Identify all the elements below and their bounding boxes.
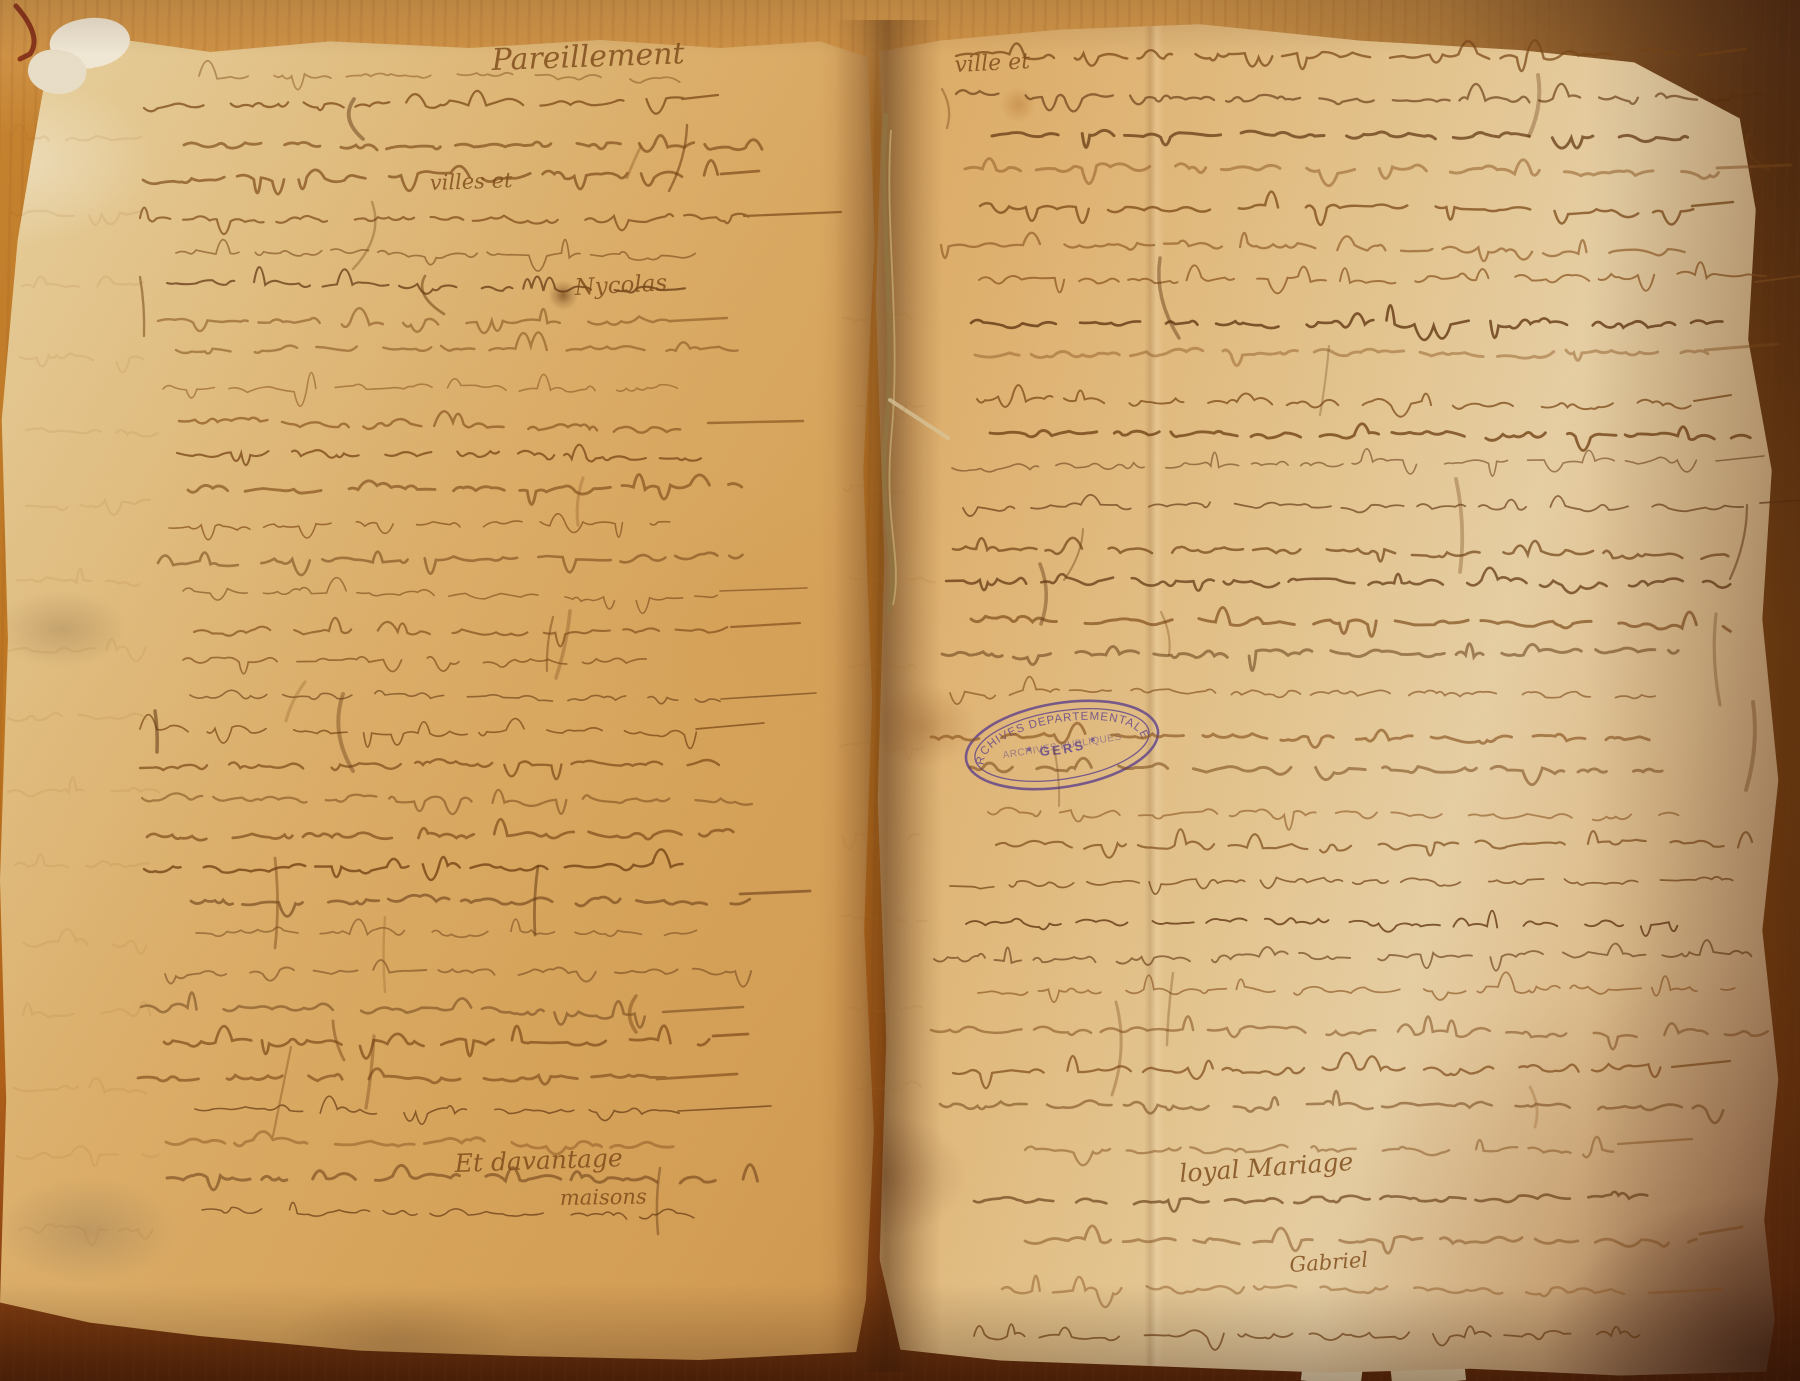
photo-grain-texture: [0, 0, 1800, 1381]
photo-of-manuscript: ARCHIVES DEPARTEMENTALES ARCHIVES PUBLIQ…: [0, 0, 1800, 1381]
manuscript-overlay: ARCHIVES DEPARTEMENTALES ARCHIVES PUBLIQ…: [0, 0, 1800, 1381]
